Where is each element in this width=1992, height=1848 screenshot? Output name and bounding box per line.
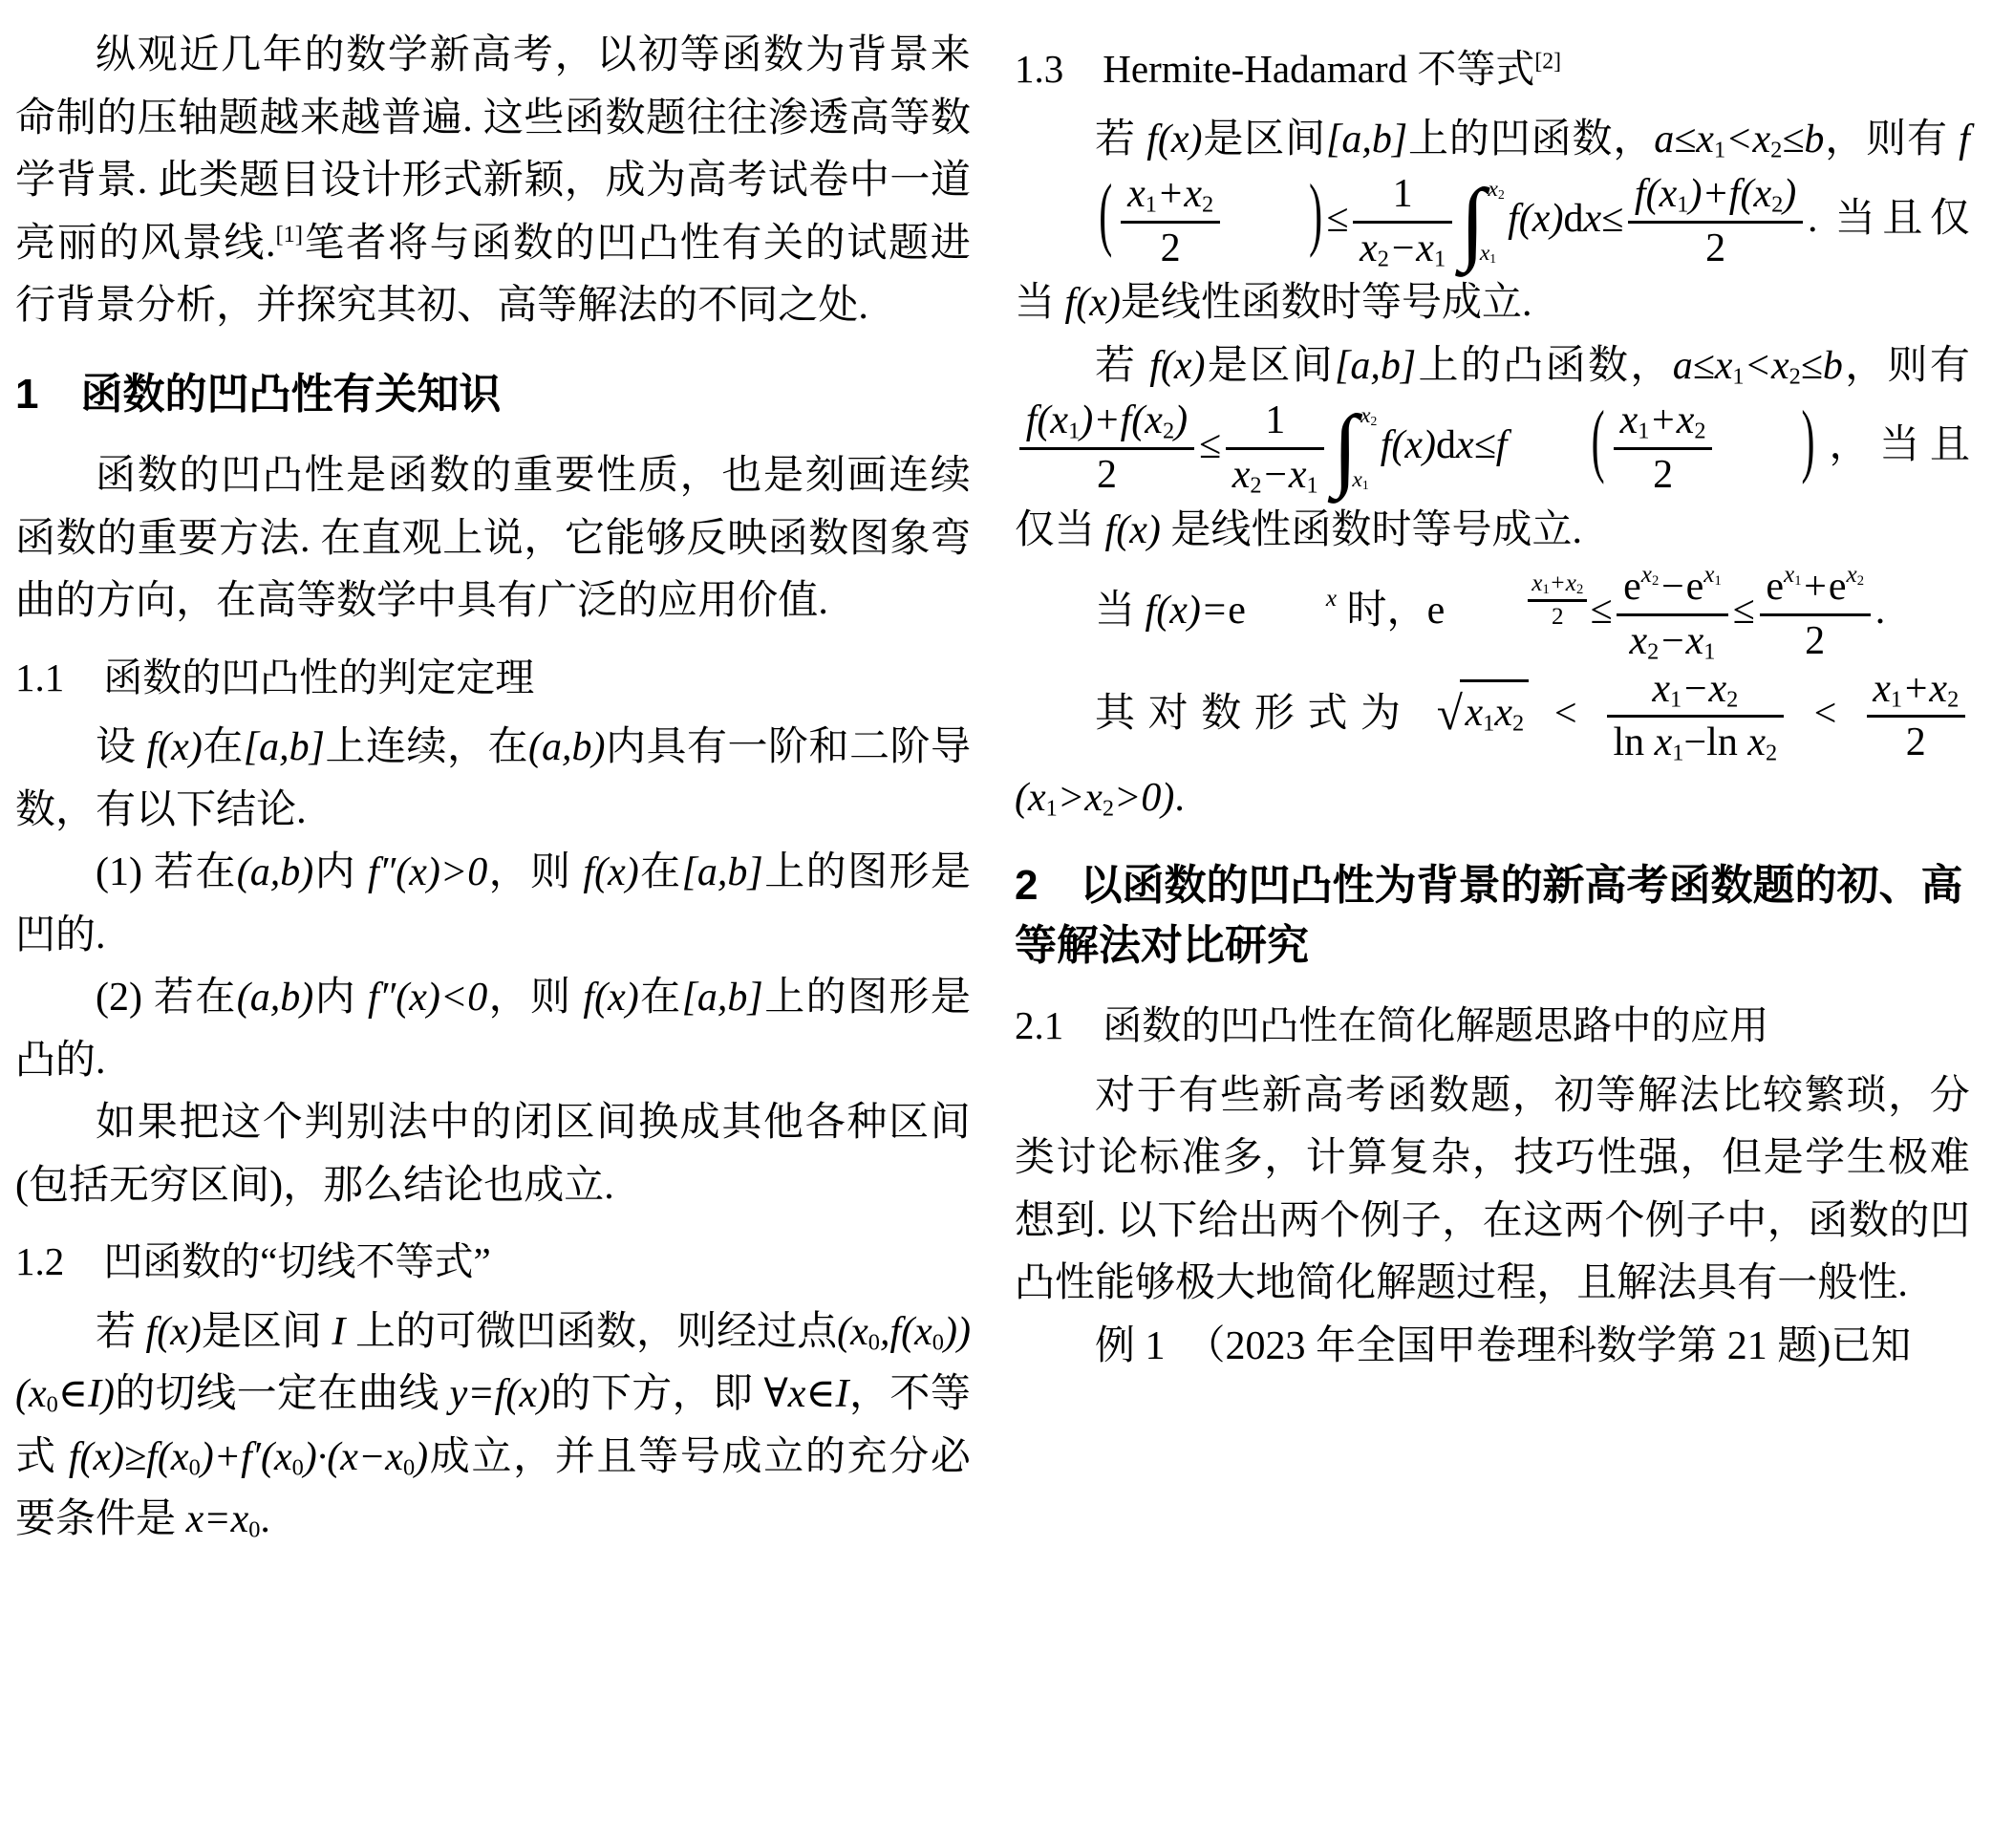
math-run: f(x) — [146, 1310, 202, 1354]
denominator: 2 — [1628, 224, 1803, 273]
subscript: 1 — [1672, 741, 1683, 766]
math-run: ≤ — [1590, 589, 1612, 633]
paragraph: 若 f(x)是区间[a,b]上的凹函数，a≤x1<x2≤b，则有 f(x1+x2… — [1015, 109, 1970, 335]
text-run: 例 1 （2023 年全国甲卷理科数学第 21 题)已知 — [1095, 1324, 1911, 1368]
denominator: 2 — [1528, 602, 1587, 632]
text-run: (1) 若在 — [96, 850, 237, 894]
big-paren: ) — [1229, 152, 1322, 280]
power: ex1 — [1766, 565, 1801, 609]
subscript: 1 — [1434, 246, 1446, 271]
math-roman-run: 2 — [1906, 720, 1926, 764]
math-run: + — [1802, 565, 1829, 609]
math-run: x1−x2 — [1652, 667, 1738, 711]
subscript: 1 — [1046, 795, 1058, 821]
subscript: 1 — [1703, 638, 1715, 664]
denominator: 2 — [1760, 616, 1871, 666]
text-run: 当 — [1095, 589, 1146, 633]
math-run: x2 — [1747, 720, 1777, 764]
text-run: 在 — [203, 725, 244, 769]
math-roman-run: 2 — [1653, 453, 1673, 497]
section-heading: 1 函数的凹凸性有关知识 — [15, 365, 971, 424]
subscript: 2 — [1512, 711, 1524, 737]
math-roman-run: 2 — [1097, 453, 1117, 497]
subscript: 2 — [1250, 472, 1261, 498]
subscript: 1 — [1638, 419, 1649, 444]
math-run: x1+x2 — [1873, 667, 1959, 711]
subscript: 1 — [1677, 191, 1688, 217]
numerator: 1 — [1353, 171, 1451, 224]
text-run: 1.3 Hermite-Hadamard 不等式 — [1015, 47, 1534, 91]
text-run: 对于有些新高考函数题，初等解法比较繁琐，分类讨论标准多，计算复杂，技巧性强，但是… — [1015, 1074, 1970, 1306]
subsection-heading: 1.1 函数的凹凸性的判定定理 — [15, 649, 971, 708]
denominator: x2−x1 — [1617, 616, 1727, 666]
paragraph: 纵观近几年的数学新高考，以初等函数为背景来命制的压轴题越来越普遍. 这些函数题往… — [15, 25, 971, 338]
denominator: 2 — [1121, 224, 1219, 273]
subscript: 0 — [403, 1454, 415, 1480]
math-run: x1+x2 — [1127, 172, 1213, 216]
text-run: . — [260, 1497, 270, 1541]
fraction: f(x1)+f(x2)2 — [1019, 398, 1194, 499]
subscript: 0 — [868, 1329, 880, 1355]
subscript: 2 — [1378, 246, 1389, 271]
subscript: 0 — [248, 1517, 260, 1543]
reference-superscript: [2] — [1534, 49, 1561, 74]
math-run: x1 — [1480, 241, 1496, 266]
text-run: 其对数形式为 — [1095, 691, 1437, 735]
subscript: 1 — [1362, 478, 1369, 492]
math-run: − — [1659, 565, 1685, 609]
math-roman-run: e — [1427, 589, 1446, 633]
text-run: 若 — [1095, 344, 1149, 388]
numerator: x1+x2 — [1614, 398, 1712, 450]
power-exponent: x1 — [1703, 562, 1722, 589]
math-run: f(x) — [1381, 423, 1436, 467]
power: ex1 — [1686, 565, 1722, 609]
math-run: x2−x1 — [1232, 453, 1318, 497]
paragraph: 函数的凹凸性是函数的重要性质，也是刻画连续函数的重要方法. 在直观上说，它能够反… — [15, 445, 971, 634]
subscript: 2 — [1947, 686, 1959, 712]
subsection-heading: 1.3 Hermite-Hadamard 不等式[2] — [1015, 40, 1970, 99]
math-run: x — [1583, 197, 1601, 241]
text-run: 1.1 函数的凹凸性的判定定理 — [15, 655, 534, 699]
math-run: f(x) — [1105, 508, 1161, 552]
math-run: (a,b) — [528, 725, 606, 769]
math-run: ≤ — [1733, 589, 1755, 633]
numerator: ex2−ex1 — [1617, 562, 1727, 616]
fraction: x1+x22 — [1614, 398, 1712, 499]
math-run: x1 — [1703, 562, 1722, 588]
power-exponent: x — [1246, 586, 1337, 612]
subscript: 2 — [1771, 191, 1783, 217]
text-run: 2.1 函数的凹凸性在简化解题思路中的应用 — [1015, 1003, 1768, 1047]
subscript: 2 — [1726, 686, 1738, 712]
subscript: 2 — [1770, 137, 1782, 162]
math-roman-run: 2 — [1705, 226, 1725, 270]
power-exponent: x2 — [1641, 562, 1660, 589]
text-run: 函数的凹凸性是函数的重要性质，也是刻画连续函数的重要方法. 在直观上说，它能够反… — [15, 454, 971, 623]
text-run: 2 以函数的凹凸性为背景的新高考函数题的初、高等解法对比研究 — [1015, 862, 1962, 968]
math-roman-run: e — [1829, 565, 1847, 609]
math-run: f(x) — [146, 725, 202, 769]
text-run: . — [1875, 589, 1886, 633]
math-run: < — [1789, 691, 1862, 735]
subscript: 1 — [1794, 573, 1801, 589]
subscript: 2 — [1857, 573, 1864, 589]
fraction: 1x2−x1 — [1353, 171, 1451, 272]
denominator: x2−x1 — [1226, 450, 1324, 500]
paragraph: 若 f(x)是区间[a,b]上的凸函数，a≤x1<x2≤b，则有f(x1)+f(… — [1015, 335, 1970, 562]
subscript: 1 — [1068, 419, 1080, 444]
power: ex2 — [1829, 565, 1864, 609]
power-exponent: x2 — [1847, 562, 1865, 589]
text-run: ，则 — [487, 850, 583, 894]
text-run: 1.2 凹函数的“切线不等式” — [15, 1239, 491, 1283]
power-exponent: x1 — [1784, 562, 1802, 589]
denominator: 2 — [1019, 450, 1194, 500]
paragraph: (2) 若在(a,b)内 f″(x)<0，则 f(x)在[a,b]上的图形是凸的… — [15, 967, 971, 1092]
math-run: f(x) — [1149, 344, 1205, 388]
numerator: x1−x2 — [1607, 666, 1784, 719]
subscript: 2 — [1766, 741, 1777, 766]
right-column: 1.3 Hermite-Hadamard 不等式[2]若 f(x)是区间[a,b… — [1015, 25, 1970, 1552]
text-run: 在 — [639, 850, 682, 894]
math-run: I — [332, 1310, 345, 1354]
math-run: [a,b] — [1326, 118, 1407, 161]
numerator: x1+x2 — [1528, 569, 1587, 602]
numerator: f(x1)+f(x2) — [1019, 398, 1194, 450]
subscript: 0 — [932, 1329, 944, 1355]
subscript: 1 — [1891, 686, 1902, 712]
text-run: 若 — [96, 1310, 146, 1354]
paragraph: 其对数形式为 √x1x2 < x1−x2ln x1−ln x2 < x1+x22… — [1015, 666, 1970, 830]
power-base: e — [1829, 565, 1847, 609]
power-base: e — [1766, 565, 1784, 609]
fraction: x1+x22 — [1121, 171, 1219, 272]
text-run: 是区间 — [1206, 344, 1335, 388]
math-run: f — [1496, 423, 1508, 467]
text-run: 上的可微凹函数，则经过点 — [345, 1310, 837, 1354]
math-run: x1 — [1352, 467, 1368, 492]
denominator: 2 — [1614, 450, 1712, 500]
math-run: x — [1456, 423, 1474, 467]
math-run: f — [1959, 118, 1970, 161]
text-run: 的切线一定在曲线 — [115, 1372, 450, 1416]
math-run: f″(x)<0 — [368, 976, 487, 1020]
text-run: 上的凹函数， — [1407, 118, 1654, 161]
power: ex1+x22 — [1427, 589, 1591, 633]
math-run: f(x)≥f(x0)+f′(x0)·(x−x0) — [69, 1435, 428, 1479]
math-run: x2 — [1489, 177, 1505, 202]
subscript: 2 — [1371, 414, 1378, 428]
text-run: 1 函数的凹凸性有关知识 — [15, 371, 501, 418]
math-run: x1 — [1784, 562, 1802, 588]
math-roman-run: 1 — [1265, 398, 1285, 442]
fraction: x1+x22 — [1867, 666, 1965, 767]
integral-limits: x2x1 — [1486, 176, 1505, 269]
math-roman-run: e — [1686, 565, 1704, 609]
math-run: ≤ — [1199, 423, 1221, 467]
paragraph: 设 f(x)在[a,b]上连续，在(a,b)内具有一阶和二阶导数，有以下结论. — [15, 717, 971, 842]
math-run: (a,b) — [237, 850, 314, 894]
math-run: ∀x∈I — [763, 1372, 848, 1416]
subscript: 1 — [1714, 573, 1721, 589]
paragraph: 若 f(x)是区间 I 上的可微凹函数，则经过点(x0,f(x0))(x0∈I)… — [15, 1301, 971, 1552]
integral: ∫x2x1 — [1460, 176, 1505, 269]
fraction: ex1+ex22 — [1760, 562, 1871, 665]
fraction: x1+x22 — [1528, 569, 1587, 632]
numerator: ex1+ex2 — [1760, 562, 1871, 616]
text-run: 的下方，即 — [550, 1372, 763, 1416]
math-run: x1x2 — [1465, 691, 1524, 735]
paragraph: 当 f(x)=ex 时，ex1+x22≤ex2−ex1x2−x1≤ex1+ex2… — [1015, 562, 1970, 665]
numerator: x1+x2 — [1121, 171, 1219, 224]
text-run: 是线性函数时等号成立. — [1121, 281, 1532, 325]
math-run: ≤ — [1326, 197, 1348, 241]
paragraph: (1) 若在(a,b)内 f″(x)>0，则 f(x)在[a,b]上的图形是凹的… — [15, 842, 971, 967]
math-run: y=f(x) — [450, 1372, 550, 1416]
subscript: 2 — [1647, 638, 1659, 664]
math-run: [a,b] — [244, 725, 325, 769]
integral-upper-limit: x2 — [1360, 405, 1377, 428]
math-run: f(x) — [1146, 118, 1202, 161]
text-run: (2) 若在 — [96, 976, 237, 1020]
math-roman-run: ln — [1613, 720, 1654, 764]
math-roman-run: e — [1623, 565, 1641, 609]
subscript: 1 — [1542, 582, 1549, 597]
denominator: ln x1−ln x2 — [1607, 718, 1784, 767]
subscript: 1 — [1146, 191, 1157, 217]
math-roman-run: e — [1766, 565, 1784, 609]
subscript: 2 — [1202, 191, 1213, 217]
subscript: 1 — [1714, 137, 1725, 162]
big-paren: ) — [1722, 378, 1815, 506]
left-column: 纵观近几年的数学新高考，以初等函数为背景来命制的压轴题越来越普遍. 这些函数题往… — [15, 25, 971, 1552]
math-run: [a,b] — [682, 976, 763, 1020]
subscript: 1 — [1670, 686, 1681, 712]
two-column-layout: 纵观近几年的数学新高考，以初等函数为背景来命制的压轴题越来越普遍. 这些函数题往… — [15, 25, 1981, 1552]
subscript: 2 — [1103, 795, 1114, 821]
math-run: f(x1)+f(x2) — [1026, 398, 1188, 442]
subscript: 1 — [1489, 251, 1496, 266]
power-base: e — [1427, 589, 1446, 633]
integral: ∫x2x1 — [1333, 402, 1378, 495]
power-base: e — [1228, 589, 1246, 633]
fraction: f(x1)+f(x2)2 — [1628, 171, 1803, 272]
numerator: 1 — [1226, 398, 1324, 450]
math-roman-run: 2 — [1805, 619, 1825, 663]
integral-limits: x2x1 — [1358, 402, 1377, 495]
text-run: 在 — [639, 976, 682, 1020]
paragraph: 例 1 （2023 年全国甲卷理科数学第 21 题)已知 — [1015, 1316, 1970, 1379]
subscript: 1 — [1483, 711, 1494, 737]
subscript: 0 — [47, 1392, 58, 1418]
text-run: ，则有 — [1843, 344, 1970, 388]
integral-lower-limit: x1 — [1480, 243, 1496, 266]
subscript: 1 — [1307, 472, 1318, 498]
big-paren: ( — [1018, 152, 1112, 280]
math-run: x2 — [1360, 403, 1377, 428]
math-run: a≤x1<x2≤b — [1654, 118, 1824, 161]
math-run: (a,b) — [237, 976, 314, 1020]
math-run: f(x) — [1065, 281, 1121, 325]
math-run: f(x) — [583, 850, 638, 894]
fraction: ex2−ex1x2−x1 — [1617, 562, 1727, 665]
subscript: 2 — [1163, 419, 1174, 444]
math-run: f″(x)>0 — [368, 850, 487, 894]
math-run: [a,b] — [682, 850, 763, 894]
integral-upper-limit: x2 — [1489, 179, 1505, 202]
math-run: x2 — [1847, 562, 1865, 588]
math-run: (x1>x2>0) — [1015, 776, 1174, 820]
big-paren: ( — [1511, 378, 1605, 506]
text-run: ，则有 — [1824, 118, 1959, 161]
integral-lower-limit: x1 — [1352, 469, 1368, 492]
text-run: 上连续，在 — [325, 725, 528, 769]
denominator: 2 — [1867, 718, 1965, 767]
numerator: f(x1)+f(x2) — [1628, 171, 1803, 224]
power-exponent: x1+x22 — [1445, 569, 1590, 632]
math-run: x1 — [1655, 720, 1684, 764]
square-root: √x1x2 — [1437, 679, 1529, 745]
text-run: ，则 — [487, 976, 583, 1020]
math-roman-run: d — [1436, 423, 1456, 467]
fraction: x1−x2ln x1−ln x2 — [1607, 666, 1784, 767]
math-run: f(x) — [583, 976, 638, 1020]
math-run: x — [1326, 586, 1337, 612]
radicand: x1x2 — [1460, 679, 1529, 745]
math-run: x2 — [1641, 562, 1660, 588]
subscript: 2 — [1498, 187, 1505, 202]
subsection-heading: 2.1 函数的凹凸性在简化解题思路中的应用 — [1015, 997, 1970, 1056]
math-run: ≤ — [1601, 197, 1623, 241]
power: ex2 — [1623, 565, 1659, 609]
math-roman-run: 2 — [1552, 604, 1564, 630]
denominator: x2−x1 — [1353, 224, 1451, 273]
power: ex — [1228, 589, 1337, 633]
text-run: 内 — [313, 976, 368, 1020]
math-run: < — [1529, 691, 1602, 735]
math-run: f(x) — [1508, 197, 1563, 241]
math-run: x=x0 — [186, 1497, 261, 1541]
power-base: e — [1686, 565, 1704, 609]
subscript: 0 — [292, 1454, 304, 1480]
text-run: 时， — [1337, 589, 1427, 633]
math-roman-run: 2 — [1161, 226, 1181, 270]
subscript: 2 — [1694, 419, 1705, 444]
paragraph: 对于有些新高考函数题，初等解法比较繁琐，分类讨论标准多，计算复杂，技巧性强，但是… — [1015, 1065, 1970, 1316]
section-heading: 2 以函数的凹凸性为背景的新高考函数题的初、高等解法对比研究 — [1015, 856, 1970, 976]
paragraph: 如果把这个判别法中的闭区间换成其他各种区间(包括无穷区间)，那么结论也成立. — [15, 1092, 971, 1217]
subsection-heading: 1.2 凹函数的“切线不等式” — [15, 1233, 971, 1292]
text-run: 内 — [313, 850, 368, 894]
text-run: 是区间 — [202, 1310, 332, 1354]
radical-sign: √ — [1437, 691, 1463, 736]
text-run: . — [1174, 776, 1185, 820]
text-run: 是线性函数时等号成立. — [1161, 508, 1582, 552]
math-run: x1+x2 — [1620, 398, 1706, 442]
math-run: x2−x1 — [1360, 226, 1446, 270]
math-roman-run: 1 — [1393, 172, 1413, 216]
math-run: ≤ — [1474, 423, 1496, 467]
math-run: f(x)= — [1146, 589, 1229, 633]
math-run: x1+x2 — [1531, 570, 1583, 596]
subscript: 2 — [1576, 582, 1583, 597]
text-run: 如果把这个判别法中的闭区间换成其他各种区间(包括无穷区间)，那么结论也成立. — [15, 1101, 971, 1208]
reference-superscript: [1] — [276, 221, 303, 247]
math-roman-run: e — [1228, 589, 1246, 633]
math-run: x2−x1 — [1629, 619, 1715, 663]
math-roman-run: −ln — [1683, 720, 1747, 764]
fraction: 1x2−x1 — [1226, 398, 1324, 499]
numerator: x1+x2 — [1867, 666, 1965, 719]
power-base: e — [1623, 565, 1641, 609]
subscript: 0 — [189, 1454, 201, 1480]
math-roman-run: d — [1563, 197, 1583, 241]
math-run: [a,b] — [1335, 344, 1416, 388]
math-run: f(x1)+f(x2) — [1635, 172, 1796, 216]
document-page: 纵观近几年的数学新高考，以初等函数为背景来命制的压轴题越来越普遍. 这些函数题往… — [0, 0, 1992, 1848]
text-run: 设 — [96, 725, 146, 769]
